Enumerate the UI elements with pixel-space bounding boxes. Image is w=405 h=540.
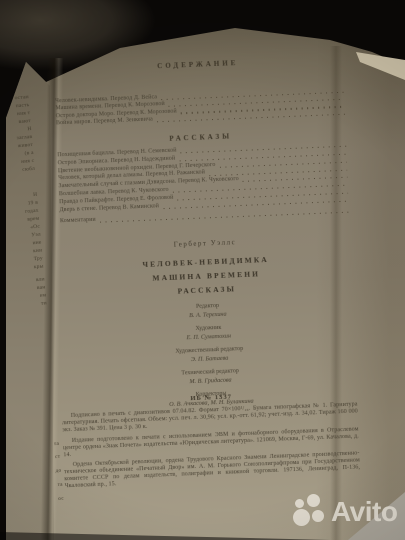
fragment-text: ем — [40, 292, 47, 299]
fragment-text: Н — [33, 192, 38, 198]
fragment-text: ван — [37, 284, 46, 291]
fragment-text: ния т — [17, 110, 31, 117]
fragment-text: вают — [18, 118, 31, 125]
fragment-text: «Ос — [30, 224, 40, 231]
fragment-text: кры — [34, 263, 44, 270]
fragment-text: ния с — [21, 158, 35, 165]
fragment-text: Уэл — [31, 232, 41, 239]
leader-dots — [100, 212, 349, 223]
page-content: СОДЕРЖАНИЕ Человек-невидимка. Перевод Д.… — [35, 0, 376, 540]
fragment-text: (в а — [24, 150, 34, 157]
fragment-text: сюбл — [22, 166, 35, 173]
fragment-text: пасть — [15, 102, 29, 109]
fragment-text: Тру — [33, 255, 43, 262]
imprint-block: Подписано в печать с диапозитивов 07.04.… — [62, 401, 361, 494]
avito-wordmark: Avito — [331, 494, 397, 529]
fragment-text: ине — [32, 240, 41, 247]
contents-novels-list: Человек-невидимка. Перевод Д. Вейса Маши… — [55, 87, 348, 128]
fragment-text: врем — [27, 216, 40, 223]
fragment-text: годах — [25, 208, 39, 215]
contents-stories-list: Похищенная бацилла. Перевод Н. Семевской… — [57, 141, 351, 215]
fragment-text: 19 в — [27, 200, 38, 207]
fragment-text: заглав — [16, 134, 32, 141]
leader-dots — [157, 114, 345, 123]
fragment-text: вли — [36, 276, 45, 283]
avito-watermark: Avito — [293, 494, 397, 529]
fragment-text: Н — [27, 126, 32, 132]
book-photo: остан пасть ния т вают Н заглав живот (в… — [0, 0, 405, 540]
avito-logo-icon — [293, 494, 328, 529]
contents-heading: СОДЕРЖАНИЕ — [38, 54, 358, 75]
fragment-text: кни — [33, 248, 43, 255]
toc-entry: Комментарии — [60, 217, 96, 224]
fragment-text: ти — [41, 300, 47, 306]
fragment-text: остан — [14, 94, 29, 101]
fragment-text: живот — [17, 142, 33, 149]
